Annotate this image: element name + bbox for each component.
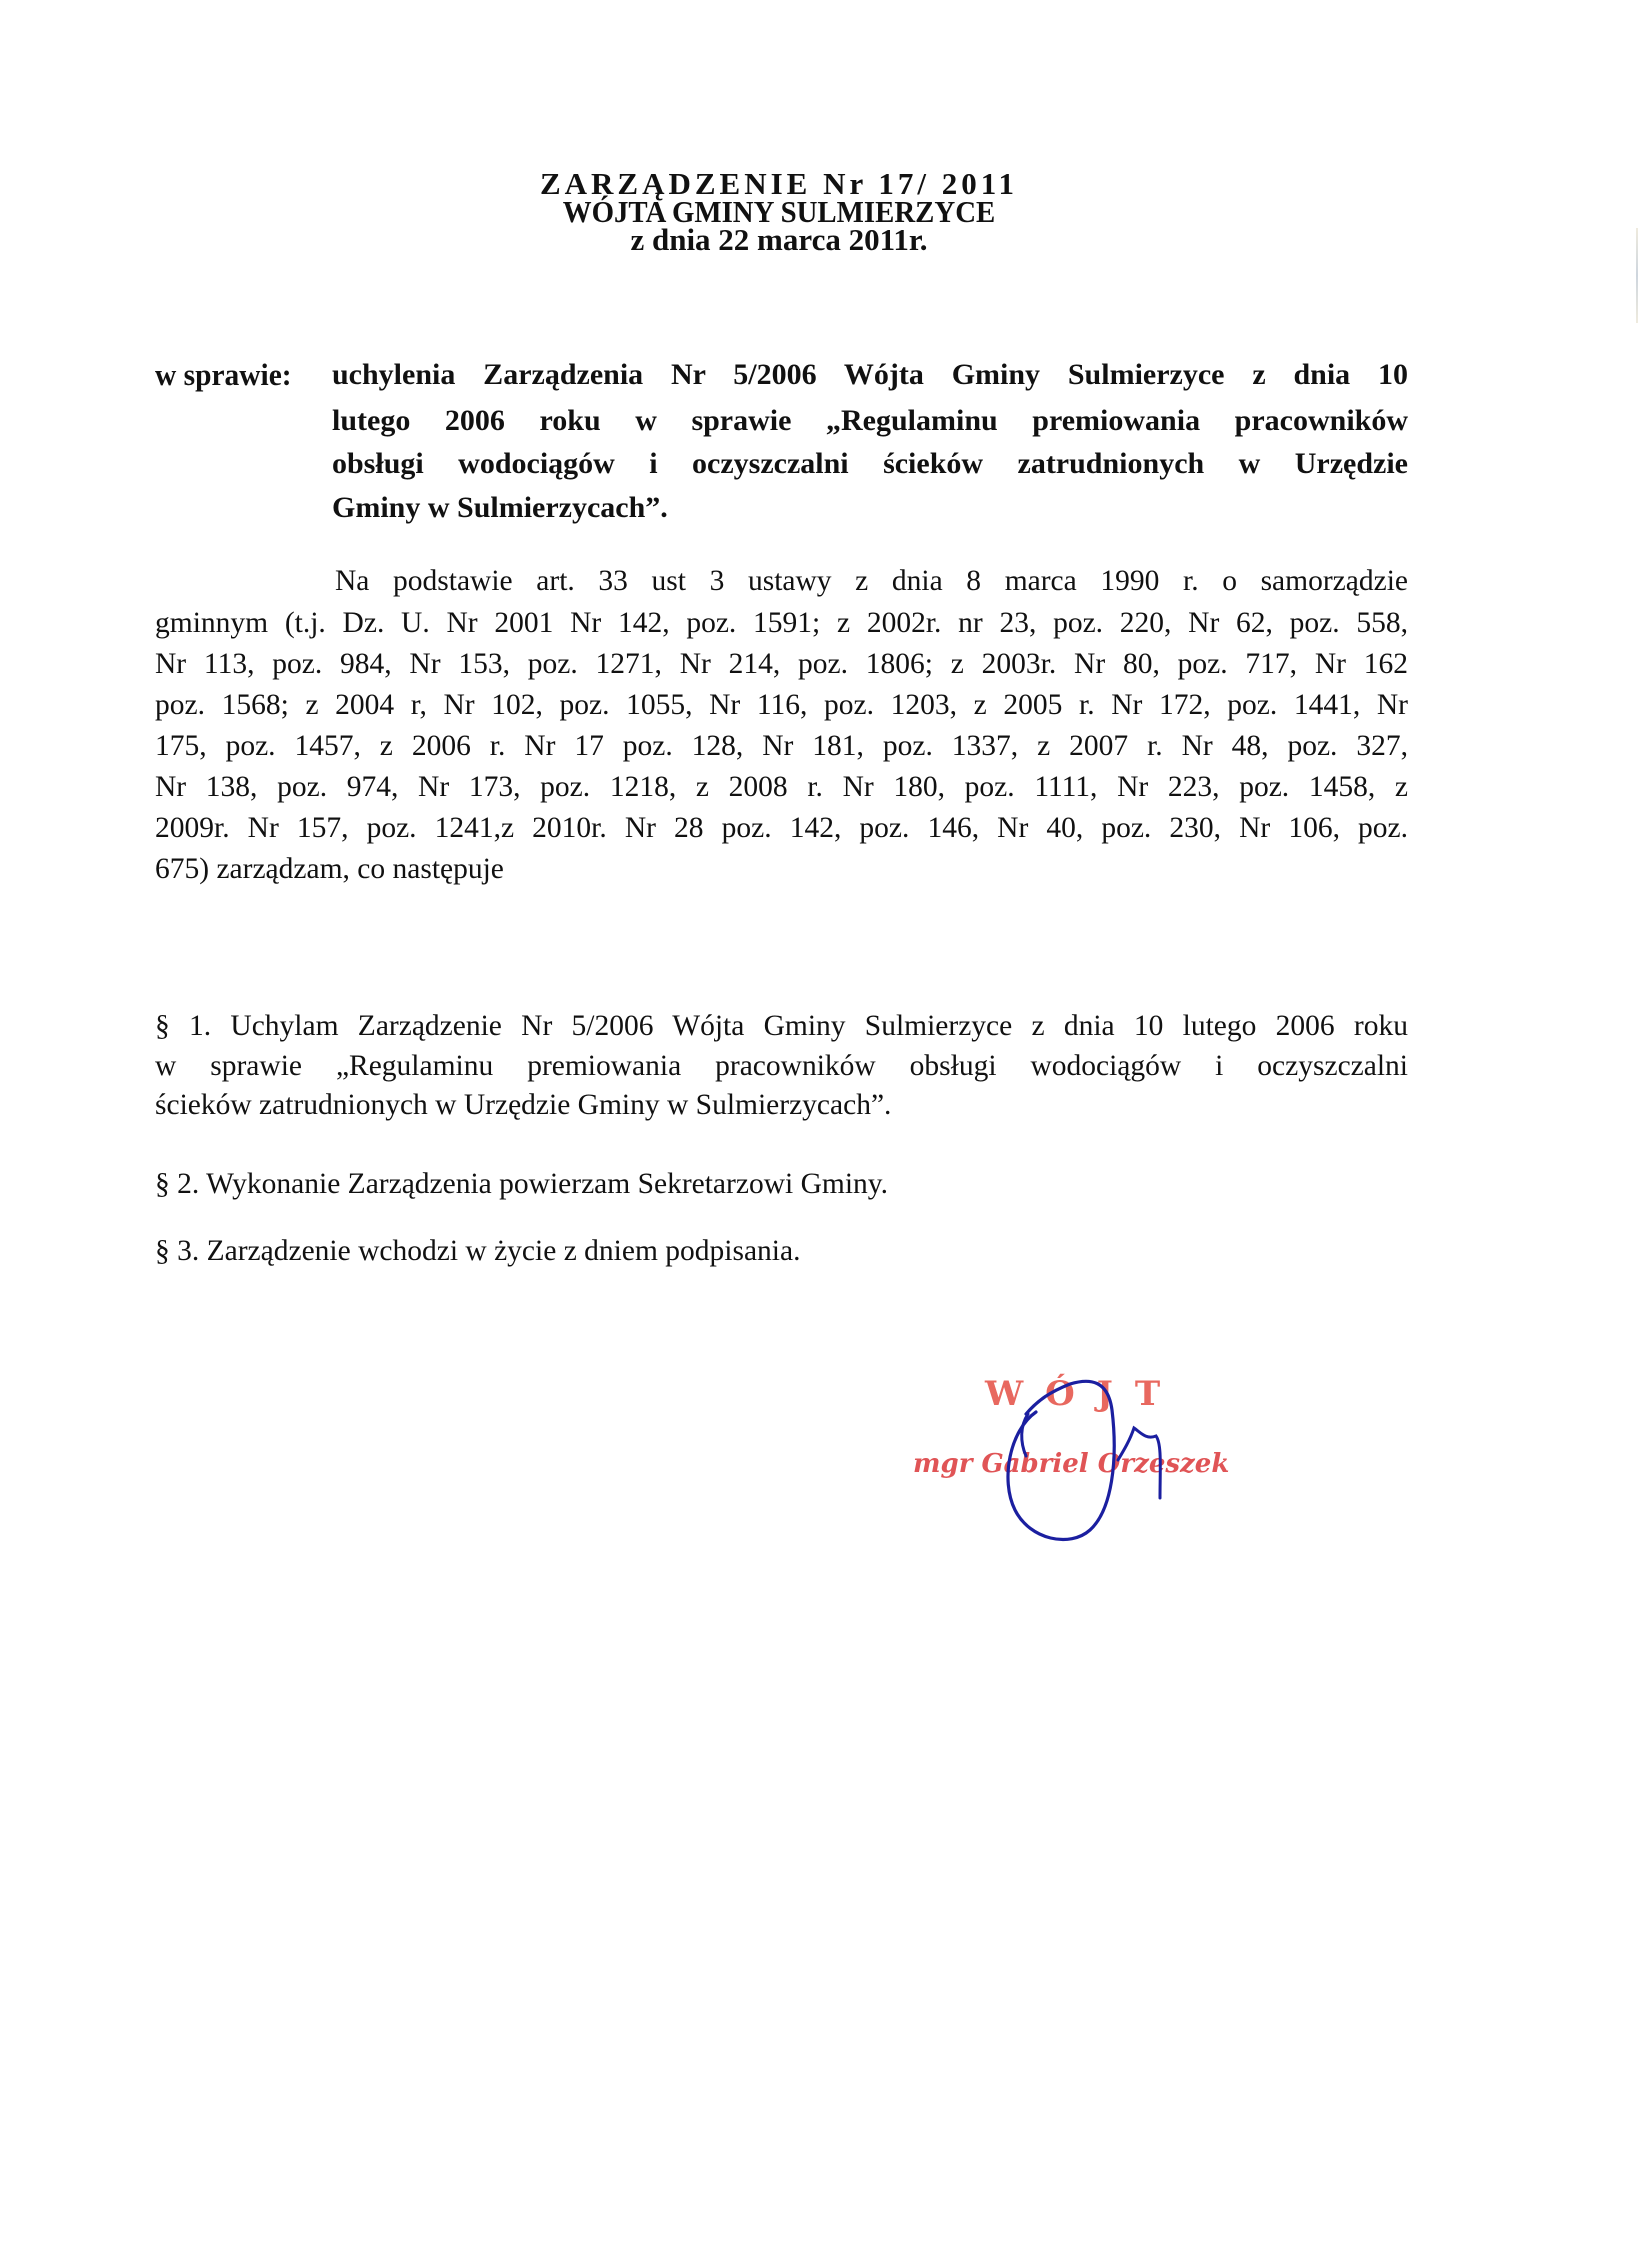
subject-line: obsługi wodociągów i oczyszczalni ściekó… <box>332 446 1408 482</box>
document-page: ZARZĄDZENIE Nr 17/ 2011 WÓJTA GMINY SULM… <box>0 0 1639 2263</box>
legal-basis-line: Na podstawie art. 33 ust 3 ustawy z dnia… <box>335 563 1408 599</box>
legal-basis-line: Nr 113, poz. 984, Nr 153, poz. 1271, Nr … <box>155 646 1408 682</box>
legal-basis-line: poz. 1568; z 2004 r, Nr 102, poz. 1055, … <box>155 687 1408 723</box>
scan-artifact <box>1636 228 1638 323</box>
legal-basis-line: 175, poz. 1457, z 2006 r. Nr 17 poz. 128… <box>155 728 1408 764</box>
paragraph-2: § 2. Wykonanie Zarządzenia powierzam Sek… <box>155 1166 1408 1202</box>
paragraph-3: § 3. Zarządzenie wchodzi w życie z dniem… <box>155 1233 1408 1269</box>
paragraph-1-line: w sprawie „Regulaminu premiowania pracow… <box>155 1048 1408 1084</box>
subject-line: uchylenia Zarządzenia Nr 5/2006 Wójta Gm… <box>332 357 1408 393</box>
paragraph-1-line: § 1. Uchylam Zarządzenie Nr 5/2006 Wójta… <box>155 1008 1408 1044</box>
subject-label: w sprawie: <box>155 357 292 393</box>
handwritten-signature <box>990 1370 1230 1545</box>
legal-basis-line: 675) zarządzam, co następuje <box>155 851 1408 887</box>
legal-basis-line: 2009r. Nr 157, poz. 1241,z 2010r. Nr 28 … <box>155 810 1408 846</box>
subject-line: Gminy w Sulmierzycach”. <box>332 490 1408 526</box>
legal-basis-line: gminnym (t.j. Dz. U. Nr 2001 Nr 142, poz… <box>155 605 1408 641</box>
legal-basis-line: Nr 138, poz. 974, Nr 173, poz. 1218, z 2… <box>155 769 1408 805</box>
paragraph-1-line: ścieków zatrudnionych w Urzędzie Gminy w… <box>155 1087 1408 1123</box>
document-date: z dnia 22 marca 2011r. <box>0 226 1558 254</box>
subject-line: lutego 2006 roku w sprawie „Regulaminu p… <box>332 403 1408 439</box>
